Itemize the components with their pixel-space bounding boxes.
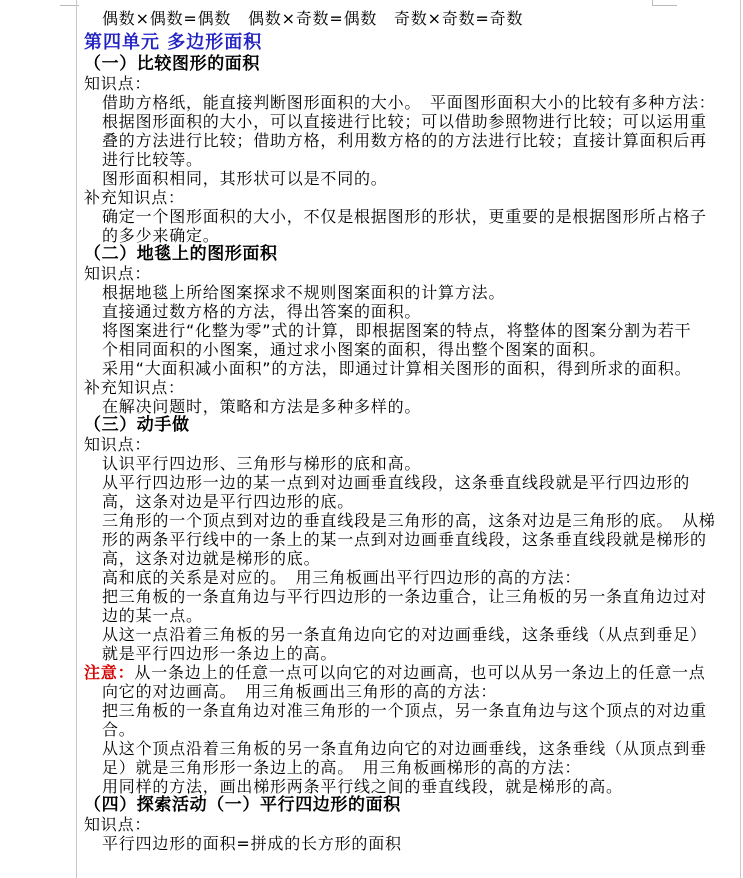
text-line: 从这一点沿着三角板的另一条直角边向它的对边画垂线，这条垂线（从点到垂足） — [84, 625, 724, 644]
unit-title: 第四单元 多边形面积 — [84, 30, 724, 55]
text-line: 边的某一点。 — [84, 606, 724, 625]
document-page: 偶数×偶数=偶数 偶数×奇数=偶数 奇数×奇数=奇数 第四单元 多边形面积 （一… — [0, 0, 743, 878]
text-line: 合。 — [84, 720, 724, 739]
text-boundary-mark-top-right-horizontal — [652, 5, 677, 6]
text-line: 图形面积相同，其形状可以是不同的。 — [84, 169, 724, 188]
page-right-boundary — [740, 0, 741, 878]
formula-line: 偶数×偶数=偶数 偶数×奇数=偶数 奇数×奇数=奇数 — [84, 8, 724, 30]
text-line: 向它的对边画高。 用三角板画出三角形的高的方法： — [84, 682, 724, 701]
text-line: 足）就是三角形形一条边上的高。 用三角板画梯形的高的方法： — [84, 758, 724, 777]
text-line: 从这个顶点沿着三角板的另一条直角边向它的对边画垂线，这条垂线（从顶点到垂 — [84, 739, 724, 758]
section-heading: （二）地毯上的图形面积 — [84, 245, 724, 264]
section-heading: （四）探索活动（一）平行四边形的面积 — [84, 796, 724, 815]
label-line: 补充知识点： — [84, 378, 724, 397]
text-line: 把三角板的一条直角边对准三角形的一个顶点，另一条直角边与这个顶点的对边重 — [84, 701, 724, 720]
label-line: 补充知识点： — [84, 188, 724, 207]
text-line: 借助方格纸，能直接判断图形面积的大小。 平面图形面积大小的比较有多种方法： — [84, 93, 724, 112]
label-line: 知识点： — [84, 264, 724, 283]
text-line: 采用“大面积减小面积”的方法，即通过计算相关图形的面积，得到所求的面积。 — [84, 359, 724, 378]
text-line: 根据地毯上所给图案探求不规则图案面积的计算方法。 — [84, 283, 724, 302]
text-line: 将图案进行“化整为零”式的计算，即根据图案的特点，将整体的图案分割为若干 — [84, 321, 724, 340]
section-heading: （三）动手做 — [84, 416, 724, 435]
text-line: 确定一个图形面积的大小，不仅是根据图形的形状，更重要的是根据图形所占格子 — [84, 207, 724, 226]
text-line: 叠的方法进行比较；借助方格，利用数方格的的方法进行比较；直接计算面积后再 — [84, 131, 724, 150]
text-line: 根据图形面积的大小，可以直接进行比较；可以借助参照物进行比较；可以运用重 — [84, 112, 724, 131]
document-body: 偶数×偶数=偶数 偶数×奇数=偶数 奇数×奇数=奇数 第四单元 多边形面积 （一… — [84, 8, 724, 853]
note-label: 注意： — [84, 663, 134, 682]
text-line: 平行四边形的面积=拼成的长方形的面积 — [84, 834, 724, 853]
label-line: 知识点： — [84, 815, 724, 834]
text-line: 高，这条对边就是梯形的底。 — [84, 549, 724, 568]
section-heading: （一）比较图形的面积 — [84, 55, 724, 74]
text-line: 把三角板的一条直角边与平行四边形的一条边重合，让三角板的另一条直角边过对 — [84, 587, 724, 606]
text-line: 就是平行四边形一条边上的高。 — [84, 644, 724, 663]
text-line: 用同样的方法，画出梯形两条平行线之间的垂直线段，就是梯形的高。 — [84, 777, 724, 796]
text-line: 高，这条对边是平行四边形的底。 — [84, 492, 724, 511]
text-line: 在解决问题时，策略和方法是多种多样的。 — [84, 397, 724, 416]
label-line: 知识点： — [84, 435, 724, 454]
page-left-boundary — [76, 0, 77, 878]
text-line: 进行比较等。 — [84, 150, 724, 169]
text-line: 直接通过数方格的方法，得出答案的面积。 — [84, 302, 724, 321]
text-line: 高和底的关系是对应的。 用三角板画出平行四边形的高的方法： — [84, 568, 724, 587]
text-line: 个相同面积的小图案，通过求小图案的面积，得出整个图案的面积。 — [84, 340, 724, 359]
label-line: 知识点： — [84, 74, 724, 93]
text-line: 形的两条平行线中的一条上的某一点到对边画垂直线段，这条垂直线段就是梯形的 — [84, 530, 724, 549]
note-text: 从一条边上的任意一点可以向它的对边画高，也可以从另一条边上的任意一点 — [134, 663, 705, 682]
note-line: 注意：从一条边上的任意一点可以向它的对边画高，也可以从另一条边上的任意一点 — [84, 663, 724, 682]
text-line: 从平行四边形一边的某一点到对边画垂直线段，这条垂直线段就是平行四边形的 — [84, 473, 724, 492]
text-line: 的多少来确定。 — [84, 226, 724, 245]
text-line: 认识平行四边形、三角形与梯形的底和高。 — [84, 454, 724, 473]
text-line: 三角形的一个顶点到对边的垂直线段是三角形的高，这条对边是三角形的底。 从梯 — [84, 511, 724, 530]
